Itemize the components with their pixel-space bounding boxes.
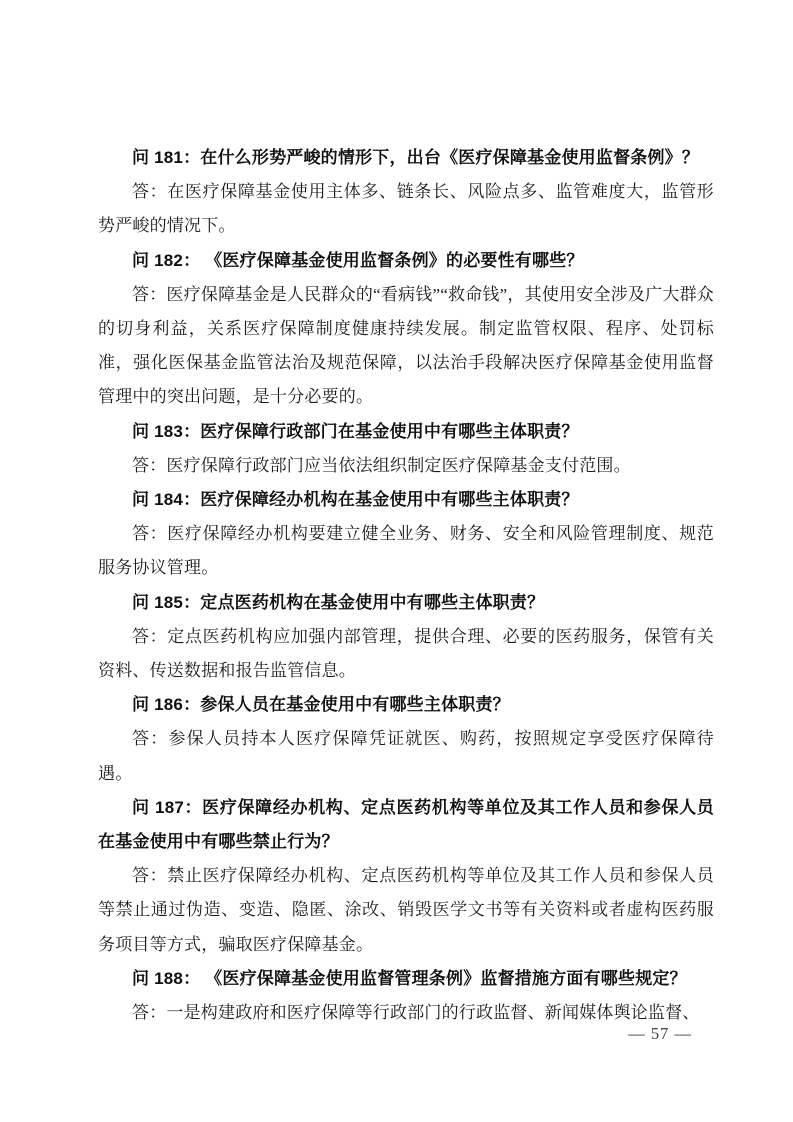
qa-item: 问 182： 《医疗保障基金使用监督条例》的必要性有哪些？ 答：医疗保障基金是人… [98, 244, 714, 415]
answer-paragraph: 答：医疗保障行政部门应当依法组织制定医疗保障基金支付范围。 [98, 449, 714, 483]
qa-item: 问 186：参保人员在基金使用中有哪些主体职责？ 答：参保人员持本人医疗保障凭证… [98, 688, 714, 791]
qa-item: 问 181：在什么形势严峻的情形下，出台《医疗保障基金使用监督条例》？ 答：在医… [98, 141, 714, 244]
question-paragraph: 问 181：在什么形势严峻的情形下，出台《医疗保障基金使用监督条例》？ [98, 141, 714, 175]
qa-item: 问 183：医疗保障行政部门在基金使用中有哪些主体职责？ 答：医疗保障行政部门应… [98, 415, 714, 483]
answer-paragraph: 答：医疗保障基金是人民群众的“看病钱”“救命钱”，其使用安全涉及广大群众的切身利… [98, 278, 714, 415]
answer-paragraph: 答：定点医药机构应加强内部管理，提供合理、必要的医药服务，保管有关资料、传送数据… [98, 620, 714, 688]
document-page: 问 181：在什么形势严峻的情形下，出台《医疗保障基金使用监督条例》？ 答：在医… [0, 0, 793, 1122]
qa-item: 问 185：定点医药机构在基金使用中有哪些主体职责？ 答：定点医药机构应加强内部… [98, 586, 714, 689]
question-paragraph: 问 185：定点医药机构在基金使用中有哪些主体职责？ [98, 586, 714, 620]
question-paragraph: 问 184：医疗保障经办机构在基金使用中有哪些主体职责？ [98, 483, 714, 517]
question-paragraph: 问 186：参保人员在基金使用中有哪些主体职责？ [98, 688, 714, 722]
qa-item: 问 187：医疗保障经办机构、定点医药机构等单位及其工作人员和参保人员在基金使用… [98, 791, 714, 962]
page-number: — 57 — [628, 1024, 692, 1043]
page-footer: — 57 — [608, 1004, 692, 1064]
qa-item: 问 184：医疗保障经办机构在基金使用中有哪些主体职责？ 答：医疗保障经办机构要… [98, 483, 714, 586]
answer-paragraph: 答：禁止医疗保障经办机构、定点医药机构等单位及其工作人员和参保人员等禁止通过伪造… [98, 859, 714, 962]
qa-list: 问 181：在什么形势严峻的情形下，出台《医疗保障基金使用监督条例》？ 答：在医… [98, 141, 714, 1030]
question-paragraph: 问 183：医疗保障行政部门在基金使用中有哪些主体职责？ [98, 415, 714, 449]
question-paragraph: 问 182： 《医疗保障基金使用监督条例》的必要性有哪些？ [98, 244, 714, 278]
answer-paragraph: 答：参保人员持本人医疗保障凭证就医、购药，按照规定享受医疗保障待遇。 [98, 722, 714, 790]
question-paragraph: 问 188： 《医疗保障基金使用监督管理条例》监督措施方面有哪些规定？ [98, 962, 714, 996]
answer-paragraph: 答：在医疗保障基金使用主体多、链条长、风险点多、监管难度大，监管形势严峻的情况下… [98, 175, 714, 243]
answer-paragraph: 答：医疗保障经办机构要建立健全业务、财务、安全和风险管理制度、规范服务协议管理。 [98, 517, 714, 585]
question-paragraph: 问 187：医疗保障经办机构、定点医药机构等单位及其工作人员和参保人员在基金使用… [98, 791, 714, 859]
